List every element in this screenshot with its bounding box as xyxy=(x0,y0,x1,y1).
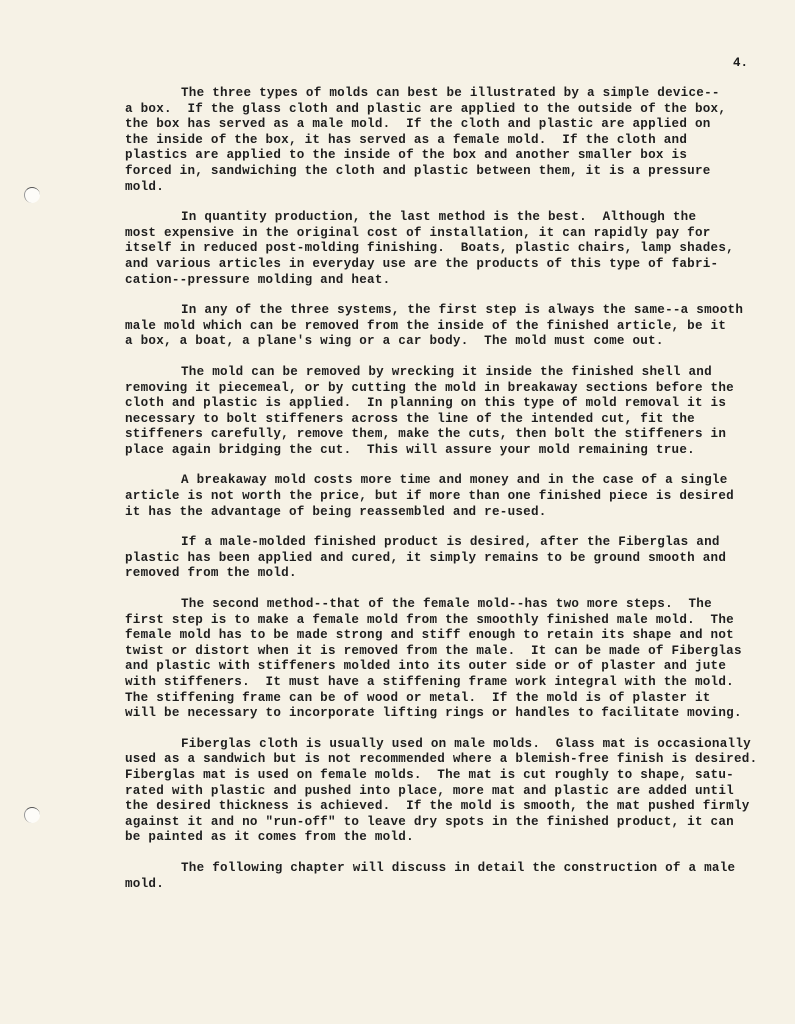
paragraph-first-line: The second method--that of the female mo… xyxy=(125,597,775,613)
paragraph-line: the inside of the box, it has served as … xyxy=(125,133,775,149)
paragraph-line: most expensive in the original cost of i… xyxy=(125,226,775,242)
paragraph-line: with stiffeners. It must have a stiffeni… xyxy=(125,675,775,691)
paragraph-line: mold. xyxy=(125,180,775,196)
paragraph-line: itself in reduced post-molding finishing… xyxy=(125,241,775,257)
paragraph: In quantity production, the last method … xyxy=(125,210,775,288)
paragraph-line: be painted as it comes from the mold. xyxy=(125,830,775,846)
paragraph-line: article is not worth the price, but if m… xyxy=(125,489,775,505)
paragraph-line: rated with plastic and pushed into place… xyxy=(125,784,775,800)
paragraph: The second method--that of the female mo… xyxy=(125,597,775,722)
paragraph-line: first step is to make a female mold from… xyxy=(125,613,775,629)
paragraph-first-line: The mold can be removed by wrecking it i… xyxy=(125,365,775,381)
paragraph-line: a box, a boat, a plane's wing or a car b… xyxy=(125,334,775,350)
paragraph-line: removing it piecemeal, or by cutting the… xyxy=(125,381,775,397)
paragraph-line: and plastic with stiffeners molded into … xyxy=(125,659,775,675)
body-text: The three types of molds can best be ill… xyxy=(125,86,775,907)
paragraph-line: stiffeners carefully, remove them, make … xyxy=(125,427,775,443)
paragraph-first-line: In quantity production, the last method … xyxy=(125,210,775,226)
paragraph-line: against it and no "run-off" to leave dry… xyxy=(125,815,775,831)
paragraph: Fiberglas cloth is usually used on male … xyxy=(125,737,775,846)
punch-hole-top xyxy=(24,187,40,203)
paragraph: In any of the three systems, the first s… xyxy=(125,303,775,350)
paragraph-line: a box. If the glass cloth and plastic ar… xyxy=(125,102,775,118)
paragraph-first-line: The following chapter will discuss in de… xyxy=(125,861,775,877)
paragraph-line: male mold which can be removed from the … xyxy=(125,319,775,335)
paragraph-line: the desired thickness is achieved. If th… xyxy=(125,799,775,815)
paragraph-line: place again bridging the cut. This will … xyxy=(125,443,775,459)
paragraph: If a male-molded finished product is des… xyxy=(125,535,775,582)
paragraph-first-line: A breakaway mold costs more time and mon… xyxy=(125,473,775,489)
paragraph-first-line: The three types of molds can best be ill… xyxy=(125,86,775,102)
paragraph-line: Fiberglas mat is used on female molds. T… xyxy=(125,768,775,784)
document-page: 4. The three types of molds can best be … xyxy=(0,0,795,1024)
paragraph-line: cation--pressure molding and heat. xyxy=(125,273,775,289)
paragraph-line: twist or distort when it is removed from… xyxy=(125,644,775,660)
paragraph-line: necessary to bolt stiffeners across the … xyxy=(125,412,775,428)
paragraph-line: forced in, sandwiching the cloth and pla… xyxy=(125,164,775,180)
paragraph: The following chapter will discuss in de… xyxy=(125,861,775,892)
paragraph-line: used as a sandwich but is not recommende… xyxy=(125,752,775,768)
paragraph-line: plastics are applied to the inside of th… xyxy=(125,148,775,164)
paragraph: A breakaway mold costs more time and mon… xyxy=(125,473,775,520)
paragraph-line: female mold has to be made strong and st… xyxy=(125,628,775,644)
paragraph-first-line: Fiberglas cloth is usually used on male … xyxy=(125,737,775,753)
punch-hole-bottom xyxy=(24,807,40,823)
paragraph-line: it has the advantage of being reassemble… xyxy=(125,505,775,521)
paragraph: The three types of molds can best be ill… xyxy=(125,86,775,195)
paragraph-line: and various articles in everyday use are… xyxy=(125,257,775,273)
page-number: 4. xyxy=(733,56,748,70)
paragraph-line: will be necessary to incorporate lifting… xyxy=(125,706,775,722)
paragraph-line: mold. xyxy=(125,877,775,893)
paragraph-first-line: If a male-molded finished product is des… xyxy=(125,535,775,551)
paragraph-line: The stiffening frame can be of wood or m… xyxy=(125,691,775,707)
paragraph-line: plastic has been applied and cured, it s… xyxy=(125,551,775,567)
paragraph-first-line: In any of the three systems, the first s… xyxy=(125,303,775,319)
paragraph-line: removed from the mold. xyxy=(125,566,775,582)
paragraph-line: the box has served as a male mold. If th… xyxy=(125,117,775,133)
paragraph-line: cloth and plastic is applied. In plannin… xyxy=(125,396,775,412)
paragraph: The mold can be removed by wrecking it i… xyxy=(125,365,775,459)
